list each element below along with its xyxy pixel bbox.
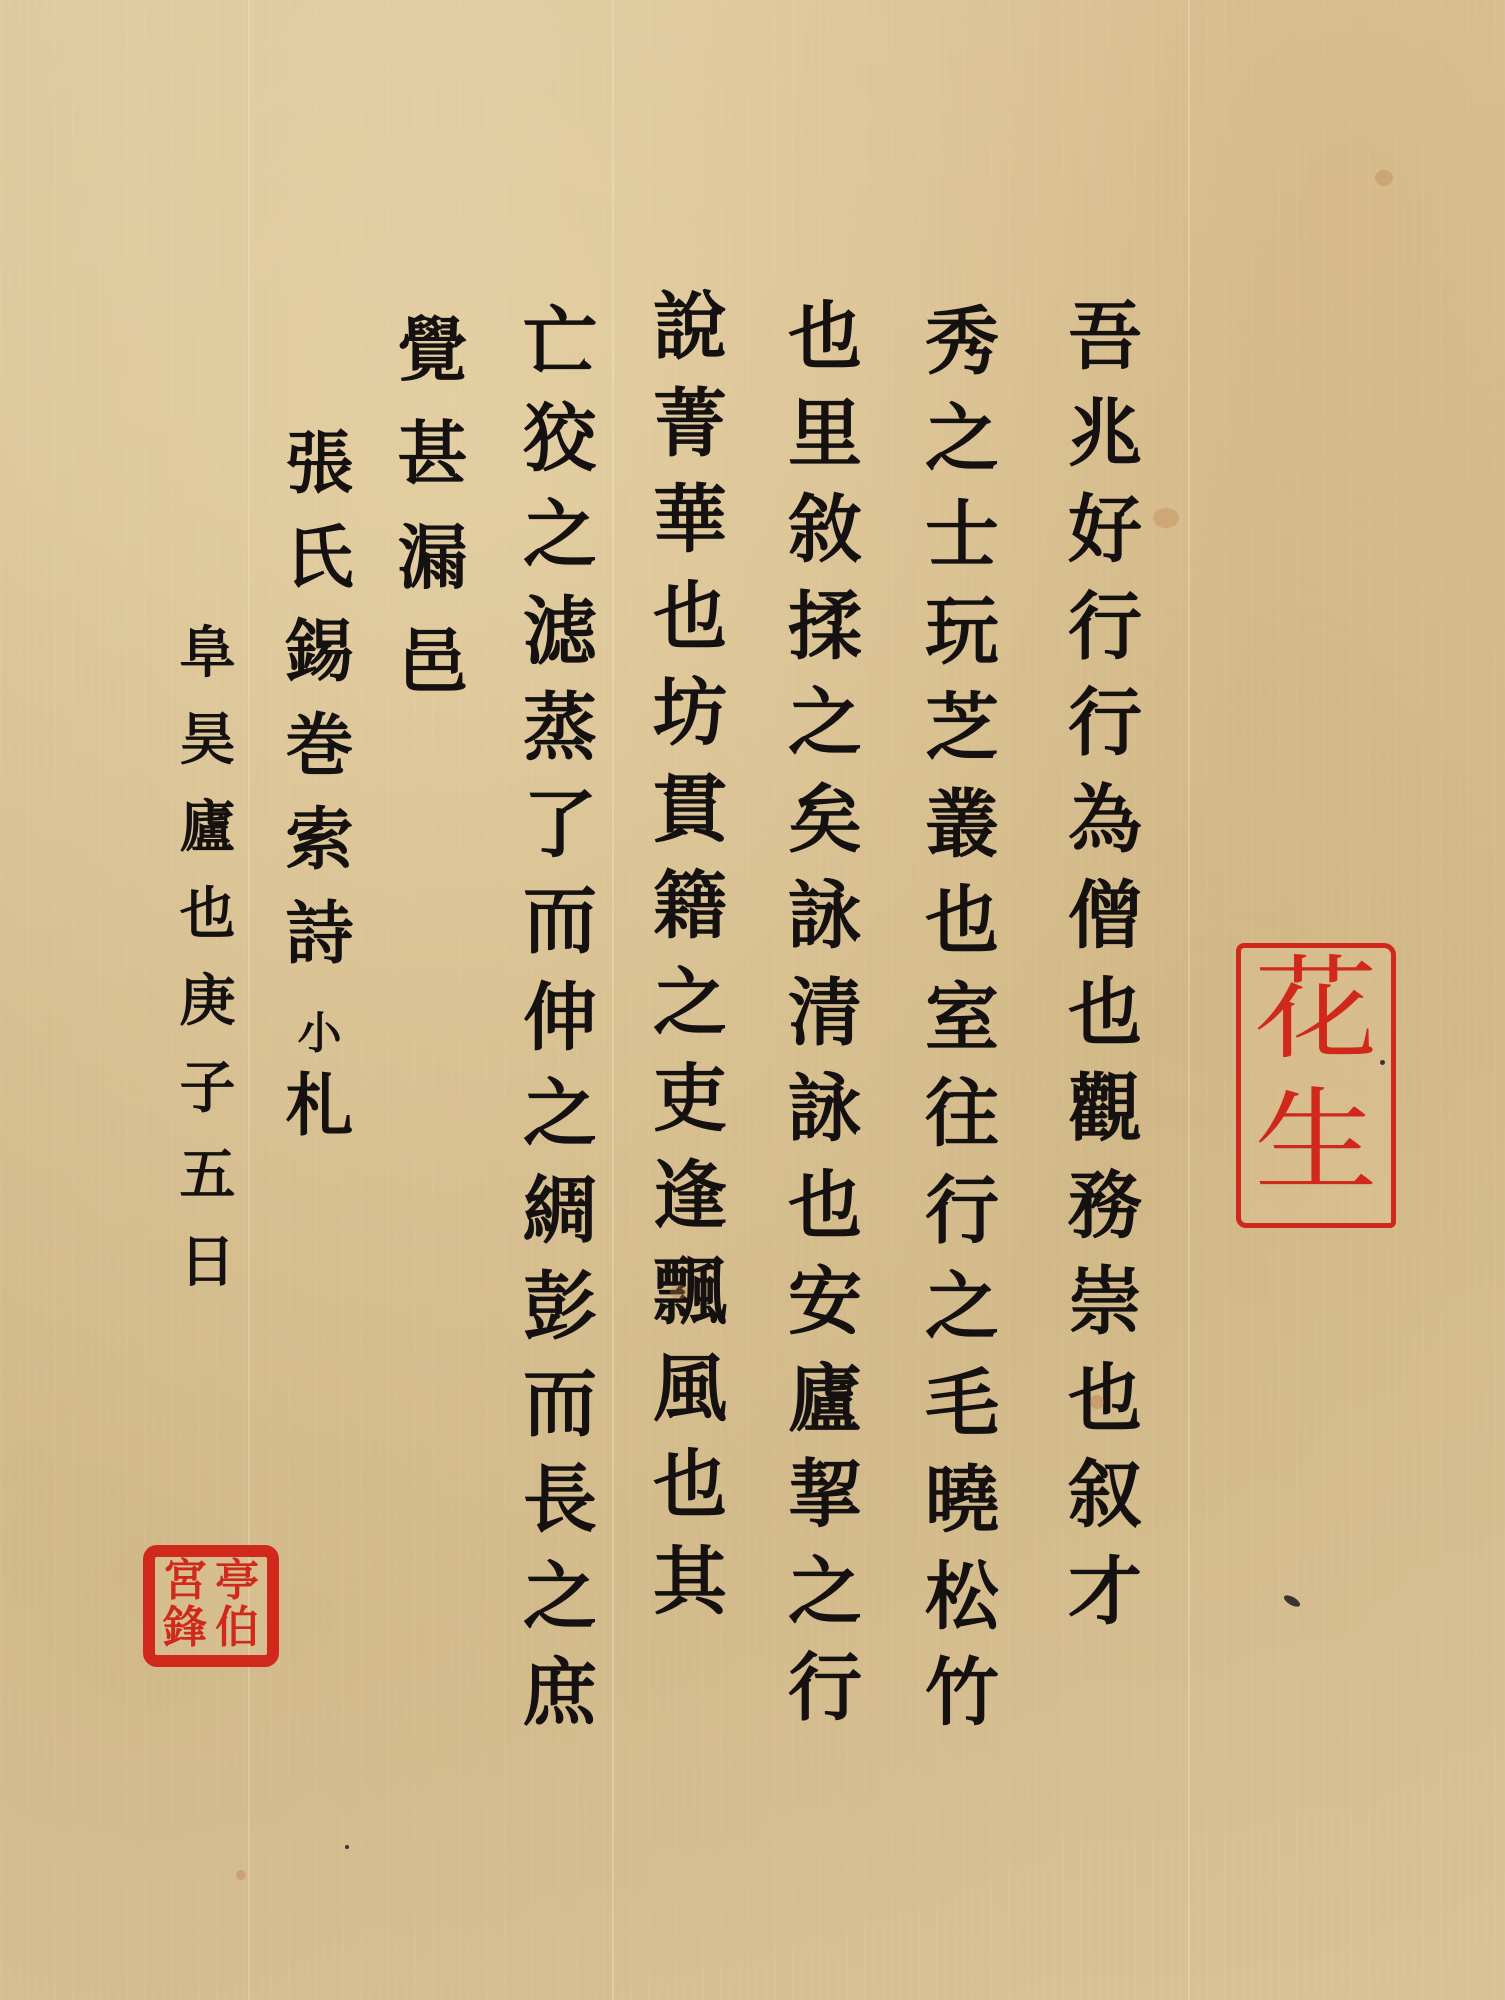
character: 吾	[1068, 300, 1142, 397]
character: 之	[523, 498, 597, 595]
character: 也	[653, 1448, 727, 1545]
character: 亡	[523, 305, 597, 402]
seal-character: 伯	[211, 1606, 263, 1653]
character: 竹	[925, 1656, 999, 1753]
character: 才	[1068, 1555, 1142, 1652]
character: 邑	[398, 627, 468, 731]
character: 逢	[653, 1159, 727, 1256]
character: 曉	[925, 1463, 999, 1560]
character: 好	[1068, 493, 1142, 590]
character: 也	[788, 300, 862, 397]
character: 芝	[925, 691, 999, 788]
character: 綢	[523, 1174, 597, 1271]
character: 伸	[523, 981, 597, 1078]
text-column-5: 亡 狡 之 滤 蒸 了 而 伸 之 綢 彭 而 長 之 庶	[510, 305, 610, 1753]
character: 也	[1068, 1362, 1142, 1459]
character: 務	[1068, 1169, 1142, 1266]
character: 昊	[180, 712, 236, 799]
character: 為	[1068, 783, 1142, 880]
character: 長	[523, 1463, 597, 1560]
character: 札	[285, 1072, 353, 1166]
character: 往	[925, 1077, 999, 1174]
character: 之	[925, 1270, 999, 1367]
character: 覺	[398, 315, 468, 419]
character: 也	[180, 886, 236, 973]
character: 行	[1068, 686, 1142, 783]
character: 滤	[523, 595, 597, 692]
dedication-column: 張 氏 錫 巻 索 詩 小 札	[272, 430, 367, 1166]
text-column-3: 也 里 敘 揉 之 矣 詠 清 詠 也 安 廬 挈 之 行	[775, 300, 875, 1748]
character: 坊	[653, 676, 727, 773]
character: 之	[523, 1077, 597, 1174]
character: 松	[925, 1560, 999, 1657]
character: 甚	[398, 419, 468, 523]
character: 庚	[180, 973, 236, 1060]
foxing-spot	[236, 1870, 246, 1880]
character: 了	[523, 788, 597, 885]
character: 狡	[523, 402, 597, 499]
character: 也	[1068, 976, 1142, 1073]
character: 也	[788, 1169, 862, 1266]
character: 詩	[285, 900, 353, 994]
character: 里	[788, 397, 862, 494]
character: 崇	[1068, 1265, 1142, 1362]
red-seal-square: 亭 伯 宮 鋒	[143, 1545, 279, 1667]
character: 士	[925, 498, 999, 595]
foxing-spot	[670, 1285, 688, 1299]
character: 籍	[653, 869, 727, 966]
character: 之	[925, 402, 999, 499]
character: 毛	[925, 1367, 999, 1464]
paper-fold-line	[1188, 0, 1190, 2000]
character: 吏	[653, 1062, 727, 1159]
character: 廬	[180, 799, 236, 886]
character: 之	[653, 966, 727, 1063]
character: 叙	[1068, 1458, 1142, 1555]
calligraphy-sheet: 吾 兆 好 行 行 為 僧 也 觀 務 崇 也 叙 才 秀 之 士 玩 芝 叢 …	[0, 0, 1505, 2000]
character: 安	[788, 1265, 862, 1362]
character: 行	[925, 1174, 999, 1271]
character: 庶	[523, 1656, 597, 1753]
text-column-4: 說 菁 華 也 坊 貫 籍 之 吏 逢 飄 風 也 其	[640, 290, 740, 1641]
character: 也	[653, 580, 727, 677]
character: 彭	[523, 1270, 597, 1367]
character: 也	[925, 884, 999, 981]
character: 之	[523, 1560, 597, 1657]
character: 揉	[788, 590, 862, 687]
foxing-spot	[1090, 1395, 1104, 1409]
character: 室	[925, 981, 999, 1078]
character: 僧	[1068, 879, 1142, 976]
character: 清	[788, 976, 862, 1073]
character: 錫	[285, 618, 353, 712]
character: 而	[523, 884, 597, 981]
character: 兆	[1068, 397, 1142, 494]
ink-speck	[345, 1845, 349, 1849]
ink-speck	[1282, 1593, 1302, 1609]
character: 氏	[285, 524, 353, 618]
seal-character: 宮	[159, 1559, 211, 1606]
character: 行	[1068, 590, 1142, 687]
character: 詠	[788, 1072, 862, 1169]
character: 子	[180, 1060, 236, 1147]
character: 阜	[180, 625, 236, 712]
seal-character: 亭	[211, 1559, 263, 1606]
character: 而	[523, 1367, 597, 1464]
character: 飄	[653, 1255, 727, 1352]
character: 廬	[788, 1362, 862, 1459]
character: 索	[285, 806, 353, 900]
character: 觀	[1068, 1072, 1142, 1169]
character: 風	[653, 1352, 727, 1449]
date-column: 阜 昊 廬 也 庚 子 五 日	[165, 625, 250, 1321]
character: 敘	[788, 493, 862, 590]
text-column-1: 吾 兆 好 行 行 為 僧 也 觀 務 崇 也 叙 才	[1055, 300, 1155, 1651]
character: 挈	[788, 1458, 862, 1555]
character: 貫	[653, 773, 727, 870]
character: 叢	[925, 788, 999, 885]
ink-speck	[1380, 1060, 1385, 1065]
character: 玩	[925, 595, 999, 692]
foxing-spot	[1375, 170, 1393, 186]
character: 詠	[788, 879, 862, 976]
text-column-2: 秀 之 士 玩 芝 叢 也 室 往 行 之 毛 曉 松 竹	[912, 305, 1012, 1753]
red-seal-rectangular: 花 生	[1236, 943, 1396, 1228]
character: 秀	[925, 305, 999, 402]
seal-character: 花	[1240, 954, 1392, 1086]
paper-fold-line	[612, 0, 614, 2000]
character: 五	[180, 1147, 236, 1234]
character: 漏	[398, 523, 468, 627]
character: 說	[653, 290, 727, 387]
character: 菁	[653, 387, 727, 484]
character: 蒸	[523, 691, 597, 788]
character: 其	[653, 1545, 727, 1642]
character: 之	[788, 686, 862, 783]
character: 之	[788, 1555, 862, 1652]
character: 小	[298, 994, 342, 1072]
character: 華	[653, 483, 727, 580]
foxing-spot	[1153, 508, 1179, 528]
character: 日	[180, 1234, 236, 1321]
character: 巻	[285, 712, 353, 806]
character: 行	[788, 1651, 862, 1748]
text-column-6: 覺 甚 漏 邑	[385, 315, 480, 731]
seal-character: 生	[1240, 1086, 1392, 1218]
seal-character: 鋒	[159, 1606, 211, 1653]
character: 矣	[788, 783, 862, 880]
character: 張	[285, 430, 353, 524]
